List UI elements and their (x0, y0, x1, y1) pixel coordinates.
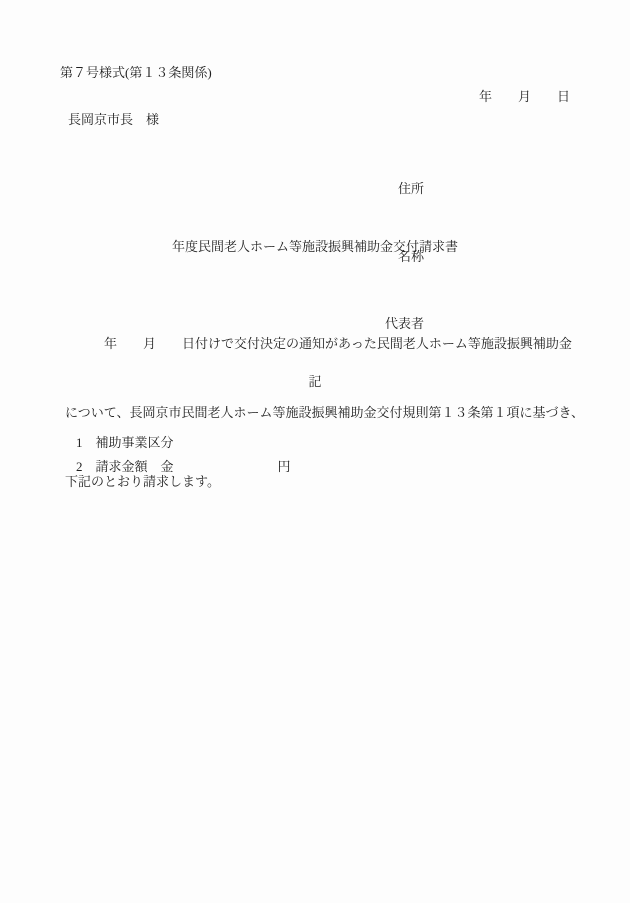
item-label: 請求金額 金 円 (96, 459, 291, 475)
date-line: 年 月 日 (479, 89, 570, 105)
recipient-line: 長岡京市長 様 (68, 112, 159, 128)
form-number: 第７号様式(第１３条関係) (60, 65, 212, 81)
document-title: 年度民間老人ホーム等施設振興補助金交付請求書 (0, 239, 630, 255)
item-number: 2 (76, 459, 83, 475)
body-line: 年 月 日付けで交付決定の通知があった民間老人ホーム等施設振興補助金 (65, 332, 584, 355)
sender-address-label: 住所 (385, 178, 424, 201)
ki-marker: 記 (0, 374, 630, 390)
document-page: 第７号様式(第１３条関係) 年 月 日 長岡京市長 様 住所 名称 代表者 年度… (0, 0, 630, 903)
body-paragraph: 年 月 日付けで交付決定の通知があった民間老人ホーム等施設振興補助金 について、… (65, 286, 584, 539)
item-row: 2請求金額 金 円 (63, 443, 291, 491)
